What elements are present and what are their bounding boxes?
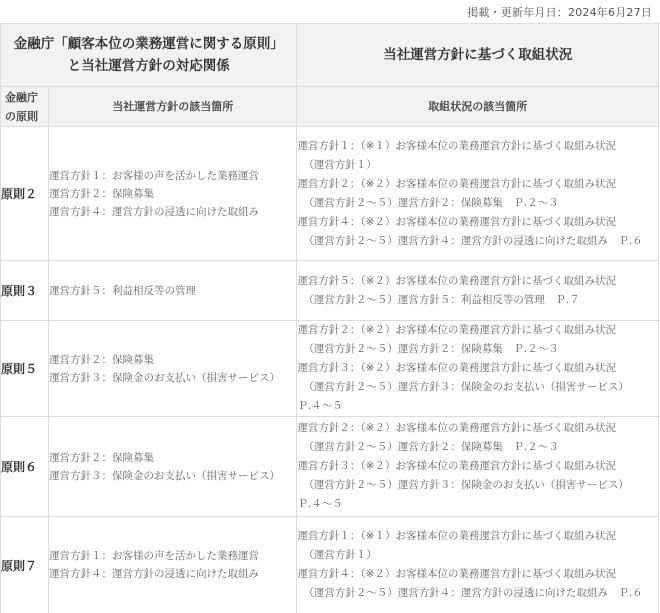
policy-item: 運営方針４：運営方針の浸透に向けた取組み [49,203,296,221]
principle-cell: 原則５ [1,321,49,417]
status-line: 運営方針４：（※２）お客様本位の業務運営方針に基づく取組み状況 [297,565,658,584]
left-title-line-2: と当社運営方針の対応関係 [1,55,296,77]
table-row: 原則２ 運営方針１：お客様の声を活かした業務運営 運営方針２：保険募集 運営方針… [1,127,659,261]
status-cell: 運営方針１：（※１）お客様本位の業務運営方針に基づく取組み状況 （運営方針１） … [297,127,659,261]
header-row-main: 金融庁「顧客本位の業務運営に関する原則」 と当社運営方針の対応関係 当社運営方針… [1,24,659,87]
table-row: 原則６ 運営方針２：保険募集 運営方針３：保険金のお支払い（損害サービス） 運営… [1,417,659,517]
policy-item: 運営方針２：保険募集 [49,449,296,467]
status-line: Ｐ.４～５ [297,397,658,416]
policy-item: 運営方針３：保険金のお支払い（損害サービス） [49,467,296,485]
status-line: （運営方針２～５）運営方針３：保険金のお支払い（損害サービス） [297,476,658,495]
policy-column-header: 当社運営方針の該当箇所 [49,87,297,127]
status-cell: 運営方針５：（※２）お客様本位の業務運営方針に基づく取組み状況 （運営方針２～５… [297,261,659,321]
status-line: （運営方針２～５）運営方針３：保険金のお支払い（損害サービス） [297,378,658,397]
left-table-title: 金融庁「顧客本位の業務運営に関する原則」 と当社運営方針の対応関係 [1,24,297,87]
status-line: Ｐ.４～５ [297,495,658,514]
status-line: （運営方針１） [297,156,658,175]
status-line: 運営方針３：（※２）お客様本位の業務運営方針に基づく取組み状況 [297,457,658,476]
status-line: （運営方針２～５）運営方針４：運営方針の浸透に向けた取組み Ｐ.６ [297,232,658,251]
status-line: 運営方針１：（※１）お客様本位の業務運営方針に基づく取組み状況 [297,527,658,546]
table-row: 原則３ 運営方針５：利益相反等の管理 運営方針５：（※２）お客様本位の業務運営方… [1,261,659,321]
publish-date: 掲載・更新年月日：2024年6月27日 [467,4,652,20]
correspondence-table: 金融庁「顧客本位の業務運営に関する原則」 と当社運営方針の対応関係 当社運営方針… [0,23,659,613]
status-line: （運営方針２～５）運営方針２：保険募集 Ｐ.２～３ [297,438,658,457]
status-line: 運営方針１：（※１）お客様本位の業務運営方針に基づく取組み状況 [297,137,658,156]
policy-item: 運営方針５：利益相反等の管理 [49,282,296,300]
policy-cell: 運営方針２：保険募集 運営方針３：保険金のお支払い（損害サービス） [49,417,297,517]
status-line: 運営方針３：（※２）お客様本位の業務運営方針に基づく取組み状況 [297,359,658,378]
status-line: 運営方針２：（※２）お客様本位の業務運営方針に基づく取組み状況 [297,419,658,438]
status-cell: 運営方針２：（※２）お客様本位の業務運営方針に基づく取組み状況 （運営方針２～５… [297,321,659,417]
status-cell: 運営方針２：（※２）お客様本位の業務運営方針に基づく取組み状況 （運営方針２～５… [297,417,659,517]
status-line: （運営方針２～５）運営方針５：利益相反等の管理 Ｐ.７ [297,291,658,310]
policy-item: 運営方針１：お客様の声を活かした業務運営 [49,547,296,565]
policy-item: 運営方針３：保険金のお支払い（損害サービス） [49,369,296,387]
status-line: 運営方針２：（※２）お客様本位の業務運営方針に基づく取組み状況 [297,175,658,194]
policy-item: 運営方針２：保険募集 [49,185,296,203]
principle-cell: 原則２ [1,127,49,261]
policy-cell: 運営方針２：保険募集 運営方針３：保険金のお支払い（損害サービス） [49,321,297,417]
left-title-line-1: 金融庁「顧客本位の業務運営に関する原則」 [1,33,296,55]
status-line: 運営方針５：（※２）お客様本位の業務運営方針に基づく取組み状況 [297,272,658,291]
principle-cell: 原則７ [1,517,49,613]
status-column-header: 取組状況の該当箇所 [297,87,659,127]
principle-cell: 原則６ [1,417,49,517]
principle-column-header: 金融庁 の原則 [1,87,49,127]
table-row: 原則７ 運営方針１：お客様の声を活かした業務運営 運営方針４：運営方針の浸透に向… [1,517,659,613]
status-line: 運営方針２：（※２）お客様本位の業務運営方針に基づく取組み状況 [297,321,658,340]
principle-header-line-2: の原則 [5,107,48,126]
status-line: （運営方針２～５）運営方針４：運営方針の浸透に向けた取組み Ｐ.６ [297,584,658,603]
header-row-sub: 金融庁 の原則 当社運営方針の該当箇所 取組状況の該当箇所 [1,87,659,127]
status-line: （運営方針２～５）運営方針２：保険募集 Ｐ.２～３ [297,194,658,213]
policy-item: 運営方針２：保険募集 [49,351,296,369]
status-line: （運営方針２～５）運営方針２：保険募集 Ｐ.２～３ [297,340,658,359]
right-table-title: 当社運営方針に基づく取組状況 [297,24,659,87]
principle-header-line-1: 金融庁 [5,88,48,107]
status-line: 運営方針４：（※２）お客様本位の業務運営方針に基づく取組み状況 [297,213,658,232]
policy-cell: 運営方針１：お客様の声を活かした業務運営 運営方針２：保険募集 運営方針４：運営… [49,127,297,261]
policy-cell: 運営方針５：利益相反等の管理 [49,261,297,321]
principle-cell: 原則３ [1,261,49,321]
policy-item: 運営方針４：運営方針の浸透に向けた取組み [49,565,296,583]
status-line: （運営方針１） [297,546,658,565]
table-row: 原則５ 運営方針２：保険募集 運営方針３：保険金のお支払い（損害サービス） 運営… [1,321,659,417]
policy-item: 運営方針１：お客様の声を活かした業務運営 [49,167,296,185]
status-cell: 運営方針１：（※１）お客様本位の業務運営方針に基づく取組み状況 （運営方針１） … [297,517,659,613]
policy-cell: 運営方針１：お客様の声を活かした業務運営 運営方針４：運営方針の浸透に向けた取組… [49,517,297,613]
